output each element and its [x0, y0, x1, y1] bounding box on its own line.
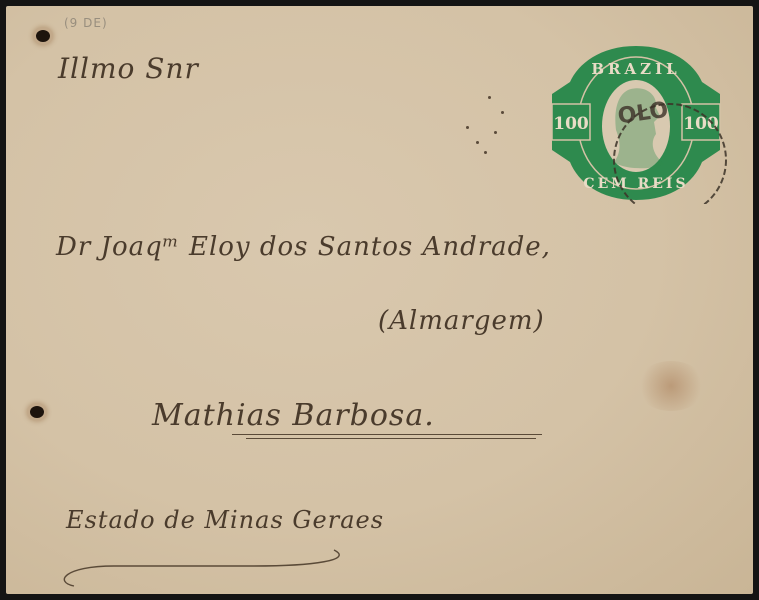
ink-speck [484, 151, 487, 154]
stamp-country: BRAZIL [591, 60, 680, 78]
envelope: (9 DE) Illmo Snr Dr Joaqᵐ Eloy dos Santo… [6, 6, 753, 594]
stamp-denomination: CEM REIS [583, 176, 688, 192]
salutation: Illmo Snr [58, 52, 199, 85]
ink-speck [488, 96, 491, 99]
stamp-value-left: 100 [553, 114, 589, 134]
flourish-underline [54, 544, 384, 594]
ink-speck [494, 131, 497, 134]
ink-speck [501, 111, 504, 114]
town-underline-2 [246, 438, 536, 439]
punch-hole-top [36, 30, 50, 42]
town-name: Mathias Barbosa. [152, 398, 435, 433]
ink-speck [466, 126, 469, 129]
addressee: Dr Joaqᵐ Eloy dos Santos Andrade, [56, 232, 551, 262]
state-name: Estado de Minas Geraes [66, 506, 384, 534]
stain [636, 361, 706, 411]
punch-hole-middle [30, 406, 44, 418]
town-underline [232, 434, 542, 435]
stamp-value-right: 100 [683, 114, 719, 134]
parenthetical-note: (Almargem) [378, 306, 545, 336]
pencil-note: (9 DE) [64, 16, 108, 30]
ink-speck [476, 141, 479, 144]
postage-stamp: 100 100 BRAZIL CEM REIS OLO [544, 42, 728, 204]
